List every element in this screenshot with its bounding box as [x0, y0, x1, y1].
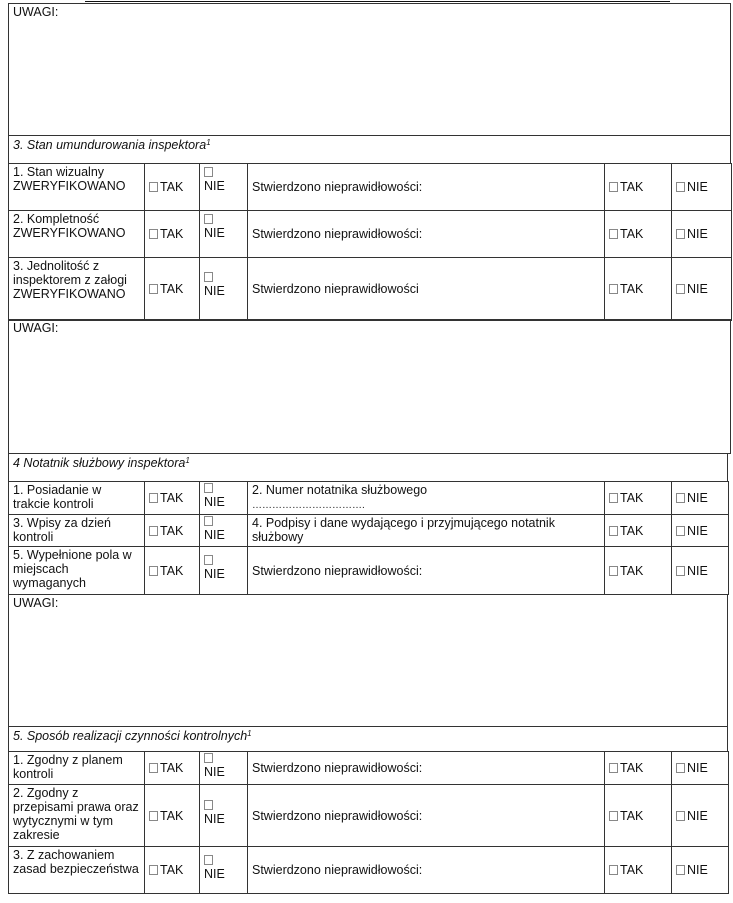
no-checkbox[interactable]: NIE	[200, 515, 248, 547]
checkbox-icon	[204, 855, 213, 865]
finding-yes-checkbox[interactable]: TAK	[605, 482, 672, 515]
checkbox-icon	[204, 800, 213, 810]
section-title: 4 Notatnik służbowy inspektora1	[13, 456, 190, 470]
yes-checkbox[interactable]: TAK	[145, 258, 200, 321]
no-checkbox[interactable]: NIE	[200, 547, 248, 595]
no-checkbox[interactable]: NIE	[200, 258, 248, 321]
finding-no-checkbox[interactable]: NIE	[672, 515, 729, 547]
no-checkbox[interactable]: NIE	[200, 164, 248, 211]
checkbox-icon	[204, 214, 213, 224]
item-label: 5. Wypełnione pola w miejscach wymaganyc…	[9, 547, 145, 595]
checkbox-icon	[609, 493, 618, 503]
finding-label: 4. Podpisy i dane wydającego i przyjmują…	[248, 515, 605, 547]
section-title: 3. Stan umundurowania inspektora1	[13, 138, 211, 152]
finding-no-checkbox[interactable]: NIE	[672, 847, 729, 894]
finding-yes-checkbox[interactable]: TAK	[605, 847, 672, 894]
checkbox-icon	[149, 229, 158, 239]
checkbox-icon	[676, 229, 685, 239]
table-row: 5. Wypełnione pola w miejscach wymaganyc…	[9, 547, 729, 595]
finding-no-checkbox[interactable]: NIE	[672, 547, 729, 595]
table-row: 3. Jednolitość z inspektorem z załogi ZW…	[9, 258, 732, 321]
no-checkbox[interactable]: NIE	[200, 752, 248, 785]
table-row: 3. Wpisy za dzień kontroli TAK NIE 4. Po…	[9, 515, 729, 547]
section-4-header: 4 Notatnik służbowy inspektora1	[8, 453, 728, 482]
checkbox-icon	[149, 493, 158, 503]
finding-no-checkbox[interactable]: NIE	[672, 785, 729, 847]
yes-checkbox[interactable]: TAK	[145, 547, 200, 595]
finding-label: Stwierdzono nieprawidłowości:	[248, 211, 605, 258]
fill-in-dots[interactable]: …………………………….	[252, 500, 365, 511]
checkbox-icon	[609, 229, 618, 239]
checkbox-icon	[676, 566, 685, 576]
checkbox-icon	[149, 811, 158, 821]
section-5-header: 5. Sposób realizacji czynności kontrolny…	[8, 726, 728, 752]
checkbox-icon	[676, 811, 685, 821]
section-title: 5. Sposób realizacji czynności kontrolny…	[13, 729, 252, 743]
section-3-header: 3. Stan umundurowania inspektora1	[8, 135, 731, 164]
yes-checkbox[interactable]: TAK	[145, 211, 200, 258]
checkbox-icon	[676, 865, 685, 875]
finding-label: Stwierdzono nieprawidłowości:	[248, 847, 605, 894]
notebook-table: 1. Posiadanie w trakcie kontroli TAK NIE…	[8, 481, 729, 595]
checkbox-icon	[149, 763, 158, 773]
table-row: 1. Zgodny z planem kontroli TAK NIE Stwi…	[9, 752, 729, 785]
yes-checkbox[interactable]: TAK	[145, 752, 200, 785]
no-checkbox[interactable]: NIE	[200, 785, 248, 847]
checkbox-icon	[609, 865, 618, 875]
item-label: 3. Jednolitość z inspektorem z załogi ZW…	[9, 258, 145, 321]
checkbox-icon	[204, 516, 213, 526]
remarks-label: UWAGI:	[13, 5, 58, 19]
no-checkbox[interactable]: NIE	[200, 482, 248, 515]
table-row: 2. Zgodny z przepisami prawa oraz wytycz…	[9, 785, 729, 847]
no-checkbox[interactable]: NIE	[200, 847, 248, 894]
finding-no-checkbox[interactable]: NIE	[672, 258, 732, 321]
table-row: 2. Kompletność ZWERYFIKOWANO TAK NIE Stw…	[9, 211, 732, 258]
item-label: 1. Stan wizualny ZWERYFIKOWANO	[9, 164, 145, 211]
item-label: 3. Wpisy za dzień kontroli	[9, 515, 145, 547]
table-row: 1. Stan wizualny ZWERYFIKOWANO TAK NIE S…	[9, 164, 732, 211]
remarks-box-2[interactable]: UWAGI:	[8, 319, 731, 454]
finding-yes-checkbox[interactable]: TAK	[605, 515, 672, 547]
finding-label: Stwierdzono nieprawidłowości:	[248, 752, 605, 785]
checkbox-icon	[204, 483, 213, 493]
yes-checkbox[interactable]: TAK	[145, 847, 200, 894]
checkbox-icon	[204, 753, 213, 763]
uniform-table: 1. Stan wizualny ZWERYFIKOWANO TAK NIE S…	[8, 163, 732, 321]
finding-yes-checkbox[interactable]: TAK	[605, 211, 672, 258]
finding-no-checkbox[interactable]: NIE	[672, 211, 732, 258]
finding-label: 2. Numer notatnika służbowego………………………………	[248, 482, 605, 515]
execution-table: 1. Zgodny z planem kontroli TAK NIE Stwi…	[8, 751, 729, 894]
yes-checkbox[interactable]: TAK	[145, 164, 200, 211]
yes-checkbox[interactable]: TAK	[145, 482, 200, 515]
item-label: 2. Kompletność ZWERYFIKOWANO	[9, 211, 145, 258]
finding-yes-checkbox[interactable]: TAK	[605, 164, 672, 211]
checkbox-icon	[609, 763, 618, 773]
finding-no-checkbox[interactable]: NIE	[672, 482, 729, 515]
finding-yes-checkbox[interactable]: TAK	[605, 752, 672, 785]
table-row: 1. Posiadanie w trakcie kontroli TAK NIE…	[9, 482, 729, 515]
finding-yes-checkbox[interactable]: TAK	[605, 785, 672, 847]
checkbox-icon	[149, 566, 158, 576]
item-label: 3. Z zachowaniem zasad bezpieczeństwa	[9, 847, 145, 894]
finding-label: Stwierdzono nieprawidłowości:	[248, 547, 605, 595]
checkbox-icon	[609, 526, 618, 536]
finding-label: Stwierdzono nieprawidłowości:	[248, 785, 605, 847]
finding-label: Stwierdzono nieprawidłowości:	[248, 164, 605, 211]
yes-checkbox[interactable]: TAK	[145, 785, 200, 847]
checkbox-icon	[204, 272, 213, 282]
checkbox-icon	[676, 493, 685, 503]
yes-checkbox[interactable]: TAK	[145, 515, 200, 547]
checkbox-icon	[609, 182, 618, 192]
item-label: 1. Zgodny z planem kontroli	[9, 752, 145, 785]
top-rule	[85, 1, 670, 2]
checkbox-icon	[609, 284, 618, 294]
checkbox-icon	[149, 865, 158, 875]
checkbox-icon	[149, 526, 158, 536]
checkbox-icon	[676, 763, 685, 773]
checkbox-icon	[676, 284, 685, 294]
checkbox-icon	[204, 555, 213, 565]
checkbox-icon	[204, 167, 213, 177]
checkbox-icon	[149, 182, 158, 192]
remarks-box-3[interactable]: UWAGI:	[8, 594, 728, 727]
finding-no-checkbox[interactable]: NIE	[672, 164, 732, 211]
checkbox-icon	[609, 811, 618, 821]
table-row: 3. Z zachowaniem zasad bezpieczeństwa TA…	[9, 847, 729, 894]
finding-label: Stwierdzono nieprawidłowości	[248, 258, 605, 321]
finding-yes-checkbox[interactable]: TAK	[605, 258, 672, 321]
item-label: 1. Posiadanie w trakcie kontroli	[9, 482, 145, 515]
checkbox-icon	[676, 526, 685, 536]
finding-yes-checkbox[interactable]: TAK	[605, 547, 672, 595]
checkbox-icon	[149, 284, 158, 294]
checkbox-icon	[676, 182, 685, 192]
no-checkbox[interactable]: NIE	[200, 211, 248, 258]
item-label: 2. Zgodny z przepisami prawa oraz wytycz…	[9, 785, 145, 847]
remarks-label: UWAGI:	[13, 321, 58, 335]
remarks-label: UWAGI:	[13, 596, 58, 610]
remarks-box-1[interactable]: UWAGI:	[8, 3, 731, 136]
checkbox-icon	[609, 566, 618, 576]
finding-no-checkbox[interactable]: NIE	[672, 752, 729, 785]
